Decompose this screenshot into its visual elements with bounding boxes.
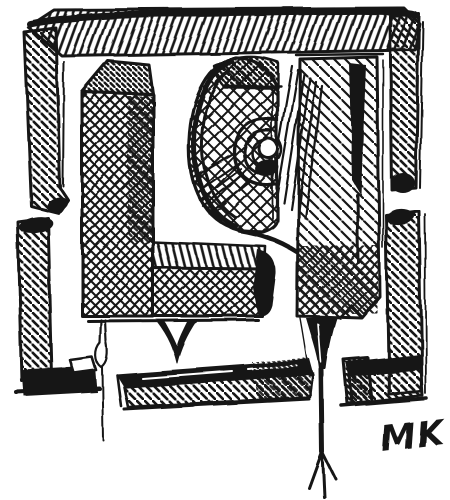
bracket-foot-top-face bbox=[70, 357, 96, 373]
bracket-outer-line bbox=[425, 214, 426, 394]
bracket-foot-left-cap bbox=[344, 358, 372, 404]
letter-l-right-shade bbox=[128, 96, 152, 242]
artist-signature: MK bbox=[378, 413, 448, 461]
letter-l-foot-top-band bbox=[153, 242, 266, 269]
right-frame-outer-line bbox=[420, 22, 423, 188]
shelf-bar bbox=[116, 357, 313, 409]
stem-top-line bbox=[296, 54, 383, 55]
drip-thin-loop bbox=[96, 341, 108, 367]
bowl-inner-top-line bbox=[224, 86, 281, 87]
shelf-right-cap bbox=[252, 357, 312, 400]
letter-l-bottom-line bbox=[88, 320, 258, 321]
letter-l-top-face bbox=[82, 61, 153, 94]
drip-thin-double-line bbox=[100, 320, 106, 343]
drip-funnel bbox=[157, 321, 196, 363]
drip-long-forks bbox=[309, 452, 335, 497]
letter-l-foot-front bbox=[153, 268, 265, 316]
left-frame-inner-line bbox=[63, 62, 64, 186]
drip-long-main bbox=[321, 369, 322, 452]
right-frame-bar bbox=[390, 14, 419, 190]
drip-thin-tail bbox=[102, 367, 103, 440]
bracket-vertical-bar bbox=[18, 218, 52, 381]
right-frame-end-blob bbox=[391, 173, 415, 193]
stem-bottom-crosshatch bbox=[299, 246, 378, 314]
spiral-center-ring bbox=[259, 139, 278, 158]
stem-bar bbox=[296, 54, 383, 318]
artwork-canvas: MK bbox=[0, 0, 450, 500]
bowl-top-face bbox=[214, 57, 278, 88]
ink-sketch-drawing: MK bbox=[0, 0, 450, 500]
